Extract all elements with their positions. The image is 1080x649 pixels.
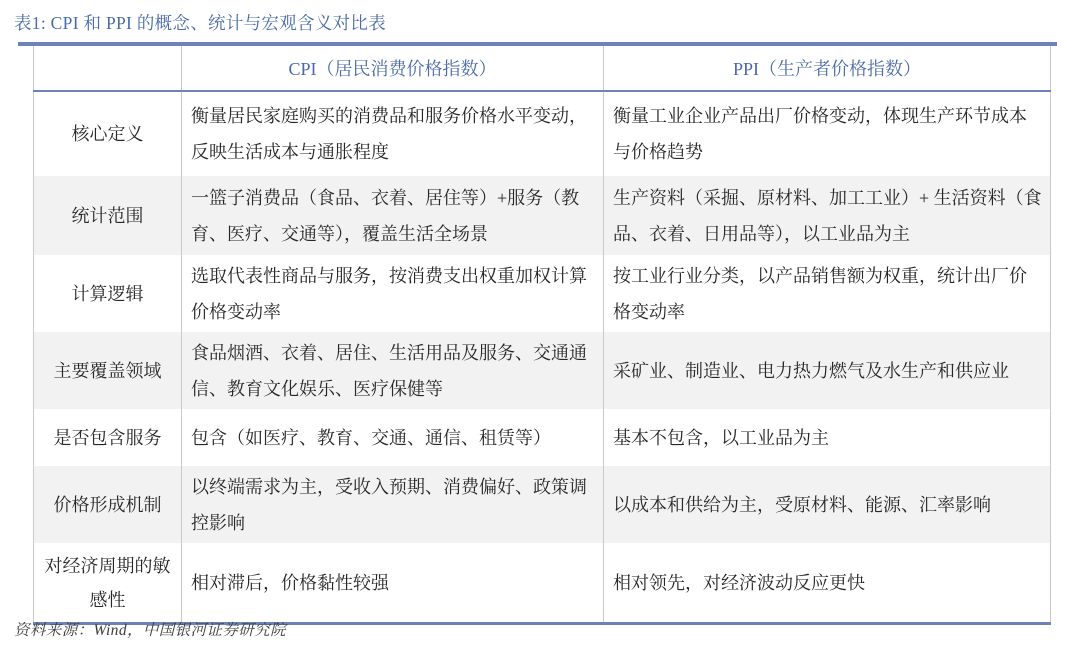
table-row-calculation-logic: 计算逻辑 选取代表性商品与服务，按消费支出权重加权计算价格变动率 按工业行业分类… — [34, 255, 1051, 332]
cpi-cell: 以终端需求为主，受收入预期、消费偏好、政策调控影响 — [182, 466, 604, 543]
ppi-cell: 相对领先，对经济波动反应更快 — [604, 543, 1051, 624]
table-row-cycle-sensitivity: 对经济周期的敏感性 相对滞后，价格黏性较强 相对领先，对经济波动反应更快 — [34, 543, 1051, 624]
report-page: 表1: CPI 和 PPI 的概念、统计与宏观含义对比表 CPI（居民消费价格指… — [0, 0, 1080, 649]
ppi-cell: 按工业行业分类，以产品销售额为权重，统计出厂价格变动率 — [604, 255, 1051, 332]
header-ppi: PPI（生产者价格指数） — [604, 46, 1051, 91]
row-label: 是否包含服务 — [34, 409, 182, 466]
ppi-cell: 生产资料（采掘、原材料、加工工业）+ 生活资料（食品、衣着、日用品等），以工业品… — [604, 176, 1051, 255]
cpi-cell: 包含（如医疗、教育、交通、通信、租赁等） — [182, 409, 604, 466]
ppi-cell: 基本不包含，以工业品为主 — [604, 409, 1051, 466]
header-row: CPI（居民消费价格指数） PPI（生产者价格指数） — [34, 46, 1051, 91]
table-row-coverage-areas: 主要覆盖领域 食品烟酒、衣着、居住、生活用品及服务、交通通信、教育文化娱乐、医疗… — [34, 332, 1051, 409]
row-label: 统计范围 — [34, 176, 182, 255]
table-row-price-formation: 价格形成机制 以终端需求为主，受收入预期、消费偏好、政策调控影响 以成本和供给为… — [34, 466, 1051, 543]
cpi-ppi-comparison-table: CPI（居民消费价格指数） PPI（生产者价格指数） 核心定义 衡量居民家庭购买… — [33, 46, 1051, 625]
table-row-statistical-scope: 统计范围 一篮子消费品（食品、衣着、居住等）+服务（教育、医疗、交通等），覆盖生… — [34, 176, 1051, 255]
ppi-cell: 采矿业、制造业、电力热力燃气及水生产和供应业 — [604, 332, 1051, 409]
cpi-cell: 相对滞后，价格黏性较强 — [182, 543, 604, 624]
row-label: 对经济周期的敏感性 — [34, 543, 182, 624]
cpi-cell: 一篮子消费品（食品、衣着、居住等）+服务（教育、医疗、交通等），覆盖生活全场景 — [182, 176, 604, 255]
row-label: 核心定义 — [34, 91, 182, 176]
cpi-cell: 衡量居民家庭购买的消费品和服务价格水平变动，反映生活成本与通胀程度 — [182, 91, 604, 176]
table-row-core-definition: 核心定义 衡量居民家庭购买的消费品和服务价格水平变动，反映生活成本与通胀程度 衡… — [34, 91, 1051, 176]
header-cpi: CPI（居民消费价格指数） — [182, 46, 604, 91]
ppi-cell: 衡量工业企业产品出厂价格变动，体现生产环节成本与价格趋势 — [604, 91, 1051, 176]
ppi-cell: 以成本和供给为主，受原材料、能源、汇率影响 — [604, 466, 1051, 543]
row-label: 价格形成机制 — [34, 466, 182, 543]
cpi-cell: 选取代表性商品与服务，按消费支出权重加权计算价格变动率 — [182, 255, 604, 332]
table-row-includes-services: 是否包含服务 包含（如医疗、教育、交通、通信、租赁等） 基本不包含，以工业品为主 — [34, 409, 1051, 466]
table-title: 表1: CPI 和 PPI 的概念、统计与宏观含义对比表 — [14, 10, 386, 35]
cpi-cell: 食品烟酒、衣着、居住、生活用品及服务、交通通信、教育文化娱乐、医疗保健等 — [182, 332, 604, 409]
row-label: 计算逻辑 — [34, 255, 182, 332]
data-source-note: 资料来源：Wind，中国银河证券研究院 — [14, 618, 286, 640]
header-empty — [34, 46, 182, 91]
row-label: 主要覆盖领域 — [34, 332, 182, 409]
